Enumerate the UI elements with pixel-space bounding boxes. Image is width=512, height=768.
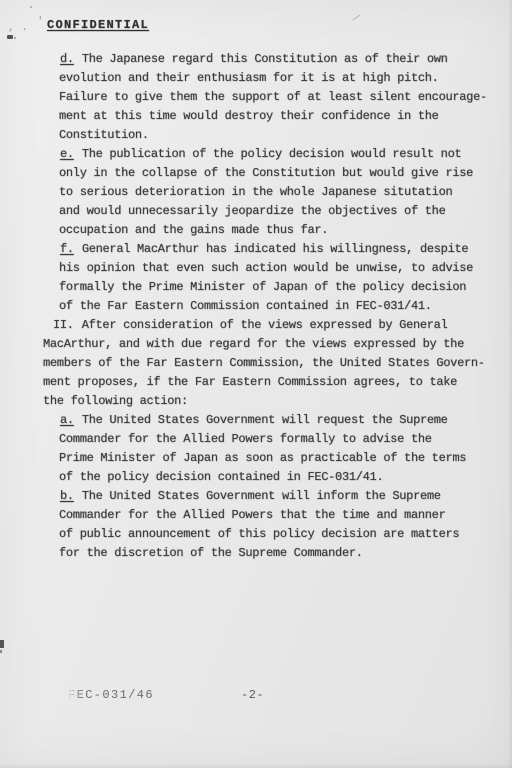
scan-artifact-dot <box>14 37 16 39</box>
scan-artifact-stray-mark <box>353 15 361 21</box>
paragraph-b: b.The United States Government will info… <box>0 487 512 563</box>
paragraph-label: d. <box>60 52 74 66</box>
paragraph-text: The Japanese regard this Constitution as… <box>59 52 487 142</box>
scan-artifact-comma-marks: , . <box>8 22 28 34</box>
section-ii: II.After consideration of the views expr… <box>0 316 512 411</box>
scan-artifact-tick: ' <box>37 16 44 28</box>
paragraph-text: General MacArthur has indicated his will… <box>59 242 473 313</box>
paragraph-label: e. <box>60 147 74 161</box>
document-body: d.The Japanese regard this Constitution … <box>0 50 512 563</box>
scan-artifact-edge-mark <box>0 640 4 648</box>
paragraph-d: d.The Japanese regard this Constitution … <box>0 50 512 145</box>
paragraph-label: f. <box>60 242 74 256</box>
paragraph-text: The United States Government will reques… <box>59 413 466 484</box>
section-label: II. <box>53 318 74 332</box>
scan-artifact-ink-blob <box>7 35 13 39</box>
scan-artifact-edge-mark <box>0 650 2 653</box>
paragraph-text: After consideration of the views express… <box>43 318 485 408</box>
scan-edge-shading <box>0 763 512 768</box>
scanned-document-page: CONFIDENTIAL d.The Japanese regard this … <box>0 0 512 768</box>
classification-stamp: CONFIDENTIAL <box>47 18 149 32</box>
scan-artifact-top-dot <box>30 6 32 8</box>
paragraph-text: The publication of the policy decision w… <box>59 147 473 237</box>
page-number: -2- <box>241 688 264 702</box>
paragraph-e: e.The publication of the policy decision… <box>0 145 512 240</box>
scan-edge-shading <box>508 0 512 768</box>
paragraph-a: a.The United States Government will requ… <box>0 411 512 487</box>
paragraph-text: The United States Government will inform… <box>59 489 459 560</box>
paragraph-label: a. <box>60 413 74 427</box>
paragraph-f: f.General MacArthur has indicated his wi… <box>0 240 512 316</box>
paragraph-label: b. <box>60 489 74 503</box>
document-number: FEC-031/46 <box>68 688 154 702</box>
